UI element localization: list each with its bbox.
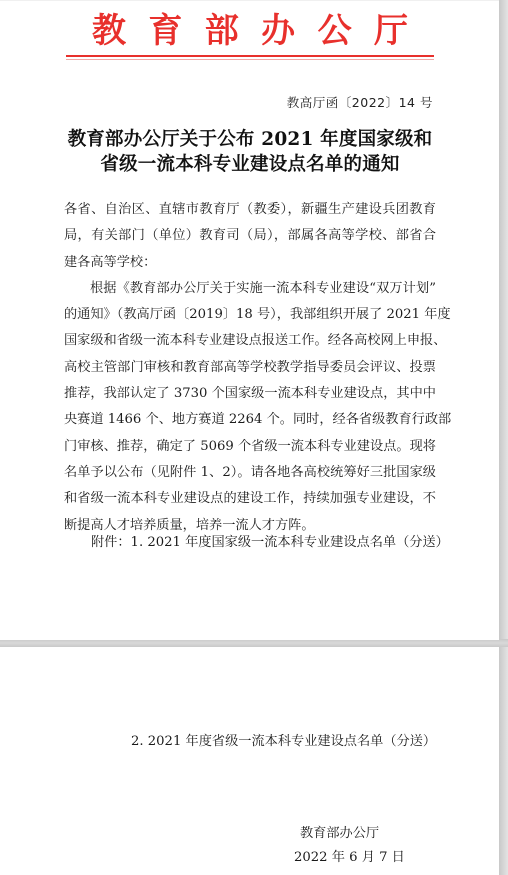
document-body: 各省、自治区、直辖市教育厅（教委），新疆生产建设兵团教育 局，有关部门（单位）教… xyxy=(64,197,436,539)
body-line: 各省、自治区、直辖市教育厅（教委），新疆生产建设兵团教育 xyxy=(64,197,436,223)
masthead-char: 部 xyxy=(205,3,239,52)
document-viewer: 教 育 部 办 公 厅 教高厅函〔2022〕14 号 教育部办公厅关于公布 20… xyxy=(0,0,508,875)
signer: 教育部办公厅 xyxy=(300,822,379,841)
attachment-2: 2. 2021 年度省级一流本科专业建设点名单（分送） xyxy=(131,730,436,749)
masthead-red-rule-thin xyxy=(66,59,434,60)
body-line: 央赛道 1466 个、地方赛道 2264 个。同时，经各省级教育行政部 xyxy=(64,407,436,433)
body-line: 名单予以公布（见附件 1、2）。请各地各高校统筹好三批国家级 xyxy=(64,460,436,486)
masthead-char: 厅 xyxy=(374,3,408,52)
body-line: 和省级一流本科专业建设点的建设工作，持续加强专业建设，不 xyxy=(64,486,436,512)
document-title-line-1: 教育部办公厅关于公布 2021 年度国家级和 xyxy=(66,125,434,151)
masthead-char: 公 xyxy=(318,3,352,52)
issue-date: 2022 年 6 月 7 日 xyxy=(294,846,405,865)
body-line: 门审核、推荐，确定了 5069 个省级一流本科专业建设点。现将 xyxy=(64,434,436,460)
masthead-title: 教 育 部 办 公 厅 xyxy=(66,5,434,49)
page-2 xyxy=(0,647,499,875)
body-line: 建各高等学校： xyxy=(64,250,436,276)
body-line: 推荐，我部认定了 3730 个国家级一流本科专业建设点，其中中 xyxy=(64,381,436,407)
body-line: 根据《教育部办公厅关于实施一流本科专业建设“双万计划” xyxy=(64,276,436,302)
masthead-char: 教 xyxy=(92,3,126,52)
page-1: 教 育 部 办 公 厅 教高厅函〔2022〕14 号 教育部办公厅关于公布 20… xyxy=(0,0,499,640)
masthead-char: 育 xyxy=(148,3,182,52)
body-line: 局，有关部门（单位）教育司（局），部属各高等学校、部省合 xyxy=(64,223,436,249)
masthead-red-rule xyxy=(66,55,434,57)
attachment-1: 附件：1. 2021 年度国家级一流本科专业建设点名单（分送） xyxy=(91,531,449,550)
document-title-line-2: 省级一流本科专业建设点名单的通知 xyxy=(66,150,434,176)
viewer-scrollbar[interactable] xyxy=(499,0,508,875)
body-line: 国家级和省级一流本科专业建设点报送工作。经各高校网上申报、 xyxy=(64,328,436,354)
masthead-char: 办 xyxy=(261,3,295,52)
document-number: 教高厅函〔2022〕14 号 xyxy=(287,93,433,111)
page-separator xyxy=(0,639,508,647)
body-line: 的通知》（教高厅函〔2019〕18 号），我部组织开展了 2021 年度 xyxy=(64,302,436,328)
body-line: 高校主管部门审核和教育部高等学校教学指导委员会评议、投票 xyxy=(64,355,436,381)
